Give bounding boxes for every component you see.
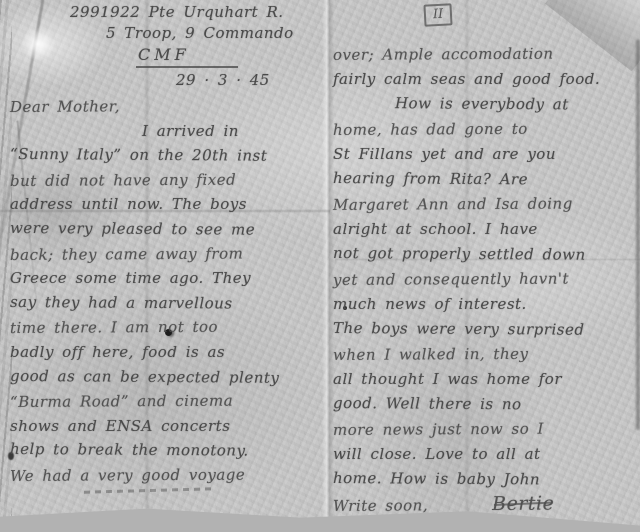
- letter-line: “Sunny Italy” on the 20th inst: [10, 142, 325, 169]
- force-line: CMF: [136, 44, 238, 68]
- write-soon-text: Write soon,: [333, 496, 428, 515]
- letter-line: much news of interest.: [333, 292, 635, 317]
- letter-line: will close. Love to all at: [333, 442, 635, 467]
- letter-line: badly off here, food is as: [10, 340, 325, 365]
- closing-line: Write soon,Bertie: [333, 491, 635, 519]
- letter-line: “Burma Road” and cinema: [10, 388, 325, 415]
- letter-line: not got properly settled down: [333, 241, 635, 268]
- letter-date: 29 · 3 · 45: [176, 70, 294, 91]
- service-number-line: 2991922 Pte Urquhart R.: [70, 2, 294, 23]
- letter-line: Greece some time ago. They: [10, 266, 325, 291]
- left-page: Dear Mother, I arrived in “Sunny Italy” …: [10, 94, 325, 488]
- letter-line: but did not have any fixed: [10, 167, 325, 194]
- letter-line: The boys were very surprised: [333, 316, 635, 343]
- right-edge-shading: [636, 40, 640, 430]
- letter-line: St Fillans yet and are you: [333, 142, 635, 167]
- letter-line: back; they came away from: [10, 241, 325, 268]
- letter-line: good as can be expected plenty: [10, 363, 325, 390]
- letter-line: more news just now so I: [333, 416, 635, 443]
- faint-crease-marks: [84, 487, 214, 493]
- letter-line: help to break the monotony.: [10, 437, 325, 464]
- letter-line: We had a very good voyage: [10, 462, 325, 489]
- scanned-letter-photo: 2991922 Pte Urquhart R. 5 Troop, 9 Comma…: [0, 0, 640, 532]
- letter-header: 2991922 Pte Urquhart R. 5 Troop, 9 Comma…: [70, 2, 294, 91]
- letter-line: How is everybody at: [395, 91, 635, 118]
- right-page: over; Ample accomodation fairly calm sea…: [333, 42, 635, 518]
- letter-line: yet and consequently havn't: [333, 266, 635, 293]
- letter-line: home. How is baby John: [333, 466, 635, 493]
- letter-line: home, has dad gone to: [333, 116, 635, 143]
- letter-line: all thought I was home for: [333, 367, 635, 392]
- letter-line: say they had a marvellous: [10, 290, 325, 317]
- paper-wear-spot: [22, 26, 54, 62]
- letter-line: shows and ENSA concerts: [10, 414, 325, 439]
- letter-line: Margaret Ann and Isa doing: [333, 191, 635, 218]
- letter-paper: 2991922 Pte Urquhart R. 5 Troop, 9 Comma…: [0, 0, 640, 532]
- letter-line: when I walked in, they: [333, 341, 635, 368]
- signature: Bertie: [492, 492, 554, 517]
- letter-line: hearing from Rita? Are: [333, 166, 635, 193]
- letter-line: alright at school. I have: [333, 217, 635, 242]
- letter-line: over; Ample accomodation: [333, 41, 635, 68]
- letter-line: good. Well there is no: [333, 391, 635, 418]
- page-number-marker: II: [423, 3, 452, 26]
- salutation: Dear Mother,: [10, 93, 325, 120]
- unit-line: 5 Troop, 9 Commando: [106, 23, 294, 44]
- letter-line: time there. I am not too: [10, 314, 325, 341]
- letter-line: address until now. The boys: [10, 192, 325, 217]
- letter-line: I arrived in: [142, 119, 325, 144]
- letter-line: were very pleased to see me: [10, 216, 325, 243]
- letter-line: fairly calm seas and good food.: [333, 67, 635, 92]
